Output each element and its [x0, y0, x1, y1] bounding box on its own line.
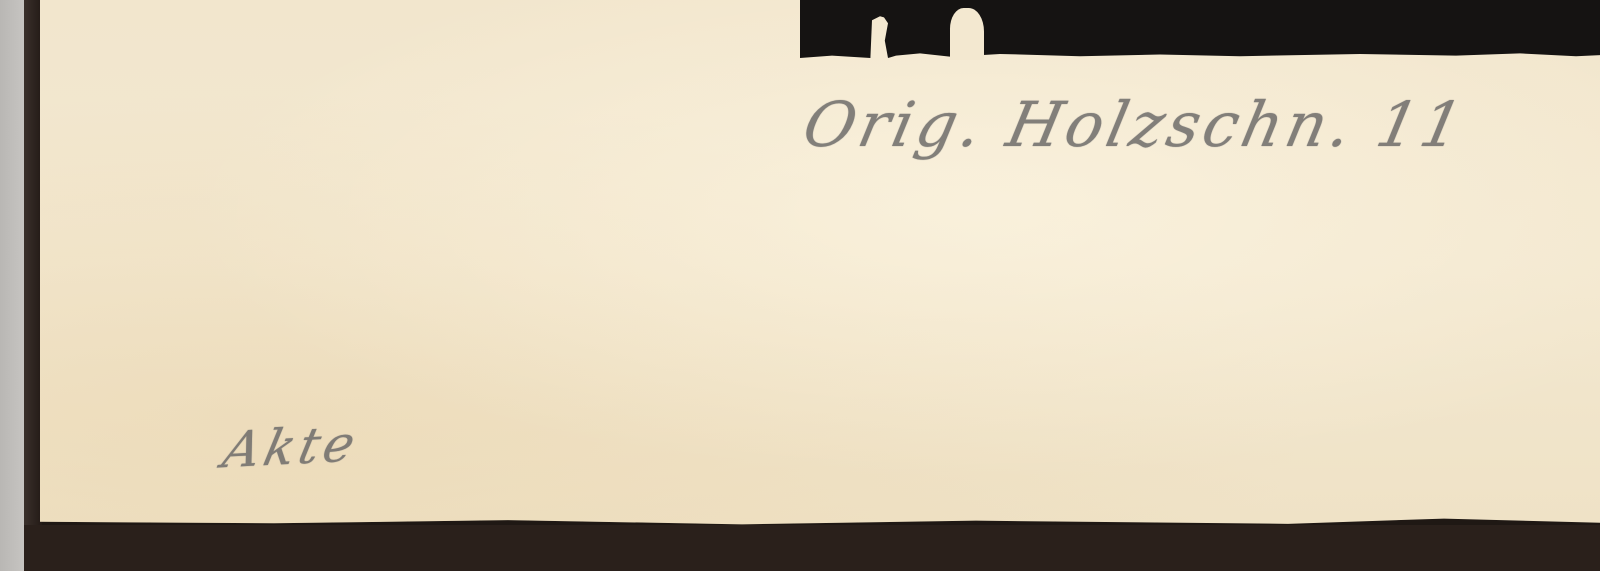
paper-shadow-bottom [24, 525, 1600, 571]
pencil-inscription-technique: Orig. Holzschn. 11 [797, 88, 1473, 161]
woodcut-ink-block [800, 0, 1600, 58]
paper-shadow-left [24, 0, 42, 540]
woodcut-notch [950, 8, 984, 60]
pencil-inscription-signature: Akte [218, 415, 364, 480]
